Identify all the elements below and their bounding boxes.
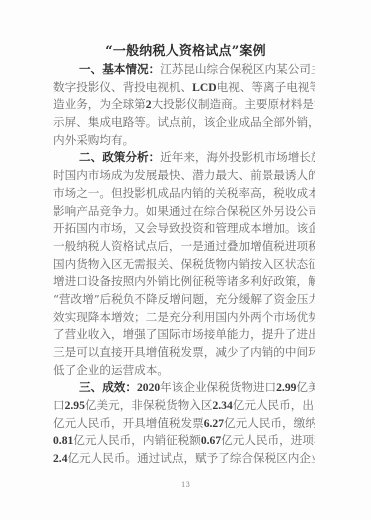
text-span: 开拓国内市场，又会导致投资和管理成本增加。该企业参与: [53, 221, 315, 235]
text-span: 亿元人民币，出区: [233, 398, 315, 412]
text-line: 效实现降本增效；二是充分利用国内外两个市场优势，增加: [53, 309, 315, 327]
text-span: 2.99: [276, 381, 296, 394]
text-line: 示屏、集成电路等。试点前，该企业成品全部外销，原材料: [53, 114, 315, 132]
text-span: 6.27: [204, 417, 224, 430]
text-span: 一般纳税人资格试点后，一是通过叠加增值税进项税抵扣、: [53, 239, 315, 253]
text-span: 电视、等离子电视等加工制: [217, 80, 315, 94]
text-line: 二、政策分析：近年来，海外投影机市场增长放缓，同: [53, 149, 315, 167]
text-span: 近年来，海外投影机市场增长放缓，同: [160, 150, 315, 164]
text-span: 亿美元，非保税货物入区: [85, 398, 213, 412]
document-title: “一般纳税人资格试点”案例: [0, 43, 371, 61]
text-line: 口2.95亿美元，非保税货物入区2.34亿元人民币，出区2.59: [53, 397, 315, 415]
text-line: 开拓国内市场，又会导致投资和管理成本增加。该企业参与: [53, 220, 315, 238]
text-span: 亿元人民币，开具增值税发票: [53, 416, 204, 430]
text-span: 市场之一。但投影机成品内销的关税率高，税收成本较高，: [53, 186, 315, 200]
text-span: 内外采购均有。: [53, 133, 134, 147]
text-line: 时国内市场成为发展最快、潜力最大、前景最诱人的投影机: [53, 167, 315, 185]
text-span: 效实现降本增效；二是充分利用国内外两个市场优势，增加: [53, 310, 315, 324]
text-line: 增进口设备按照内外销比例征税等诸多利好政策，解决了: [53, 273, 315, 291]
text-span: 2.34: [212, 399, 232, 412]
text-span: 时国内市场成为发展最快、潜力最大、前景最诱人的投影机: [53, 168, 315, 182]
text-line: 影响产品竞争力。如果通过在综合保税区外另设公司的方式: [53, 203, 315, 221]
text-line: 市场之一。但投影机成品内销的关税率高，税收成本较高，: [53, 185, 315, 203]
text-span: 国内货物入区无需报关、保税货物内销按入区状态征税、新: [53, 257, 315, 271]
document-page: “一般纳税人资格试点”案例 一、基本情况：江苏昆山综合保税区内某公司主要从事数字…: [0, 0, 371, 520]
text-line: 0.81亿元人民币，内销征税额0.67亿元人民币，进项税抵扣: [53, 432, 315, 450]
page-number: 13: [0, 481, 371, 489]
text-span: 大投影仪制造商。主要原材料是液晶显: [152, 97, 315, 111]
text-span: 亿元人民币，进项税抵扣: [221, 433, 315, 447]
text-span: 口: [53, 398, 65, 412]
text-line: 了营业收入，增强了国际市场接单能力，提升了进出口业绩；: [53, 326, 315, 344]
text-span: 亿元人民币，内销征税额: [73, 433, 201, 447]
text-line: 低了企业的运营成本。: [53, 362, 315, 380]
text-span: LCD: [192, 81, 216, 94]
text-line: 2.4亿元人民币。通过试点，赋予了综合保税区内企业参与境: [53, 450, 315, 468]
text-span: 江苏昆山综合保税区内某公司主要从事: [160, 62, 315, 76]
text-span: 亿美元，出: [296, 380, 315, 394]
text-span: 亿元人民币，缴纳增值税: [224, 416, 315, 430]
text-span: 2.95: [65, 399, 85, 412]
text-span: 年该企业保税货物进口: [160, 380, 276, 394]
text-span: 0.67: [201, 434, 221, 447]
text-span: 示屏、集成电路等。试点前，该企业成品全部外销，原材料: [53, 115, 315, 129]
text-span: 亿元人民币。通过试点，赋予了综合保税区内企业参与境: [68, 451, 316, 465]
text-line: “营改增”后税负不降反增问题，充分缓解了资金压力，有: [53, 291, 315, 309]
text-span: 增进口设备按照内外销比例征税等诸多利好政策，解决了: [53, 274, 315, 288]
text-line: 造业务，为全球第2大投影仪制造商。主要原材料是液晶显: [53, 96, 315, 114]
section-heading: 二、政策分析：: [79, 150, 160, 164]
text-line: 三、成效：2020年该企业保税货物进口2.99亿美元，出: [53, 379, 315, 397]
section-heading: 一、基本情况：: [79, 62, 160, 76]
text-line: 国内货物入区无需报关、保税货物内销按入区状态征税、新: [53, 256, 315, 274]
text-line: 一、基本情况：江苏昆山综合保税区内某公司主要从事: [53, 61, 315, 79]
document-body: 一、基本情况：江苏昆山综合保税区内某公司主要从事数字投影仪、背投电视机、LCD电…: [53, 61, 315, 468]
text-span: 0.81: [53, 434, 73, 447]
section-heading: 三、成效：: [79, 380, 137, 394]
text-span: 2.4: [53, 452, 68, 465]
text-line: 亿元人民币，开具增值税发票6.27亿元人民币，缴纳增值税: [53, 415, 315, 433]
text-span: 低了企业的运营成本。: [53, 363, 169, 377]
text-line: 一般纳税人资格试点后，一是通过叠加增值税进项税抵扣、: [53, 238, 315, 256]
text-line: 内外采购均有。: [53, 132, 315, 150]
text-line: 数字投影仪、背投电视机、LCD电视、等离子电视等加工制: [53, 79, 315, 97]
text-span: 三是可以直接开具增值税发票，减少了内销的中间环节，降: [53, 345, 315, 359]
text-span: 数字投影仪、背投电视机、: [53, 80, 192, 94]
text-span: 了营业收入，增强了国际市场接单能力，提升了进出口业绩；: [53, 327, 315, 341]
text-span: “营改增”后税负不降反增问题，充分缓解了资金压力，有: [53, 292, 315, 306]
text-span: 影响产品竞争力。如果通过在综合保税区外另设公司的方式: [53, 204, 315, 218]
text-line: 三是可以直接开具增值税发票，减少了内销的中间环节，降: [53, 344, 315, 362]
text-span: 2020: [137, 381, 160, 394]
text-span: 造业务，为全球第: [53, 97, 146, 111]
